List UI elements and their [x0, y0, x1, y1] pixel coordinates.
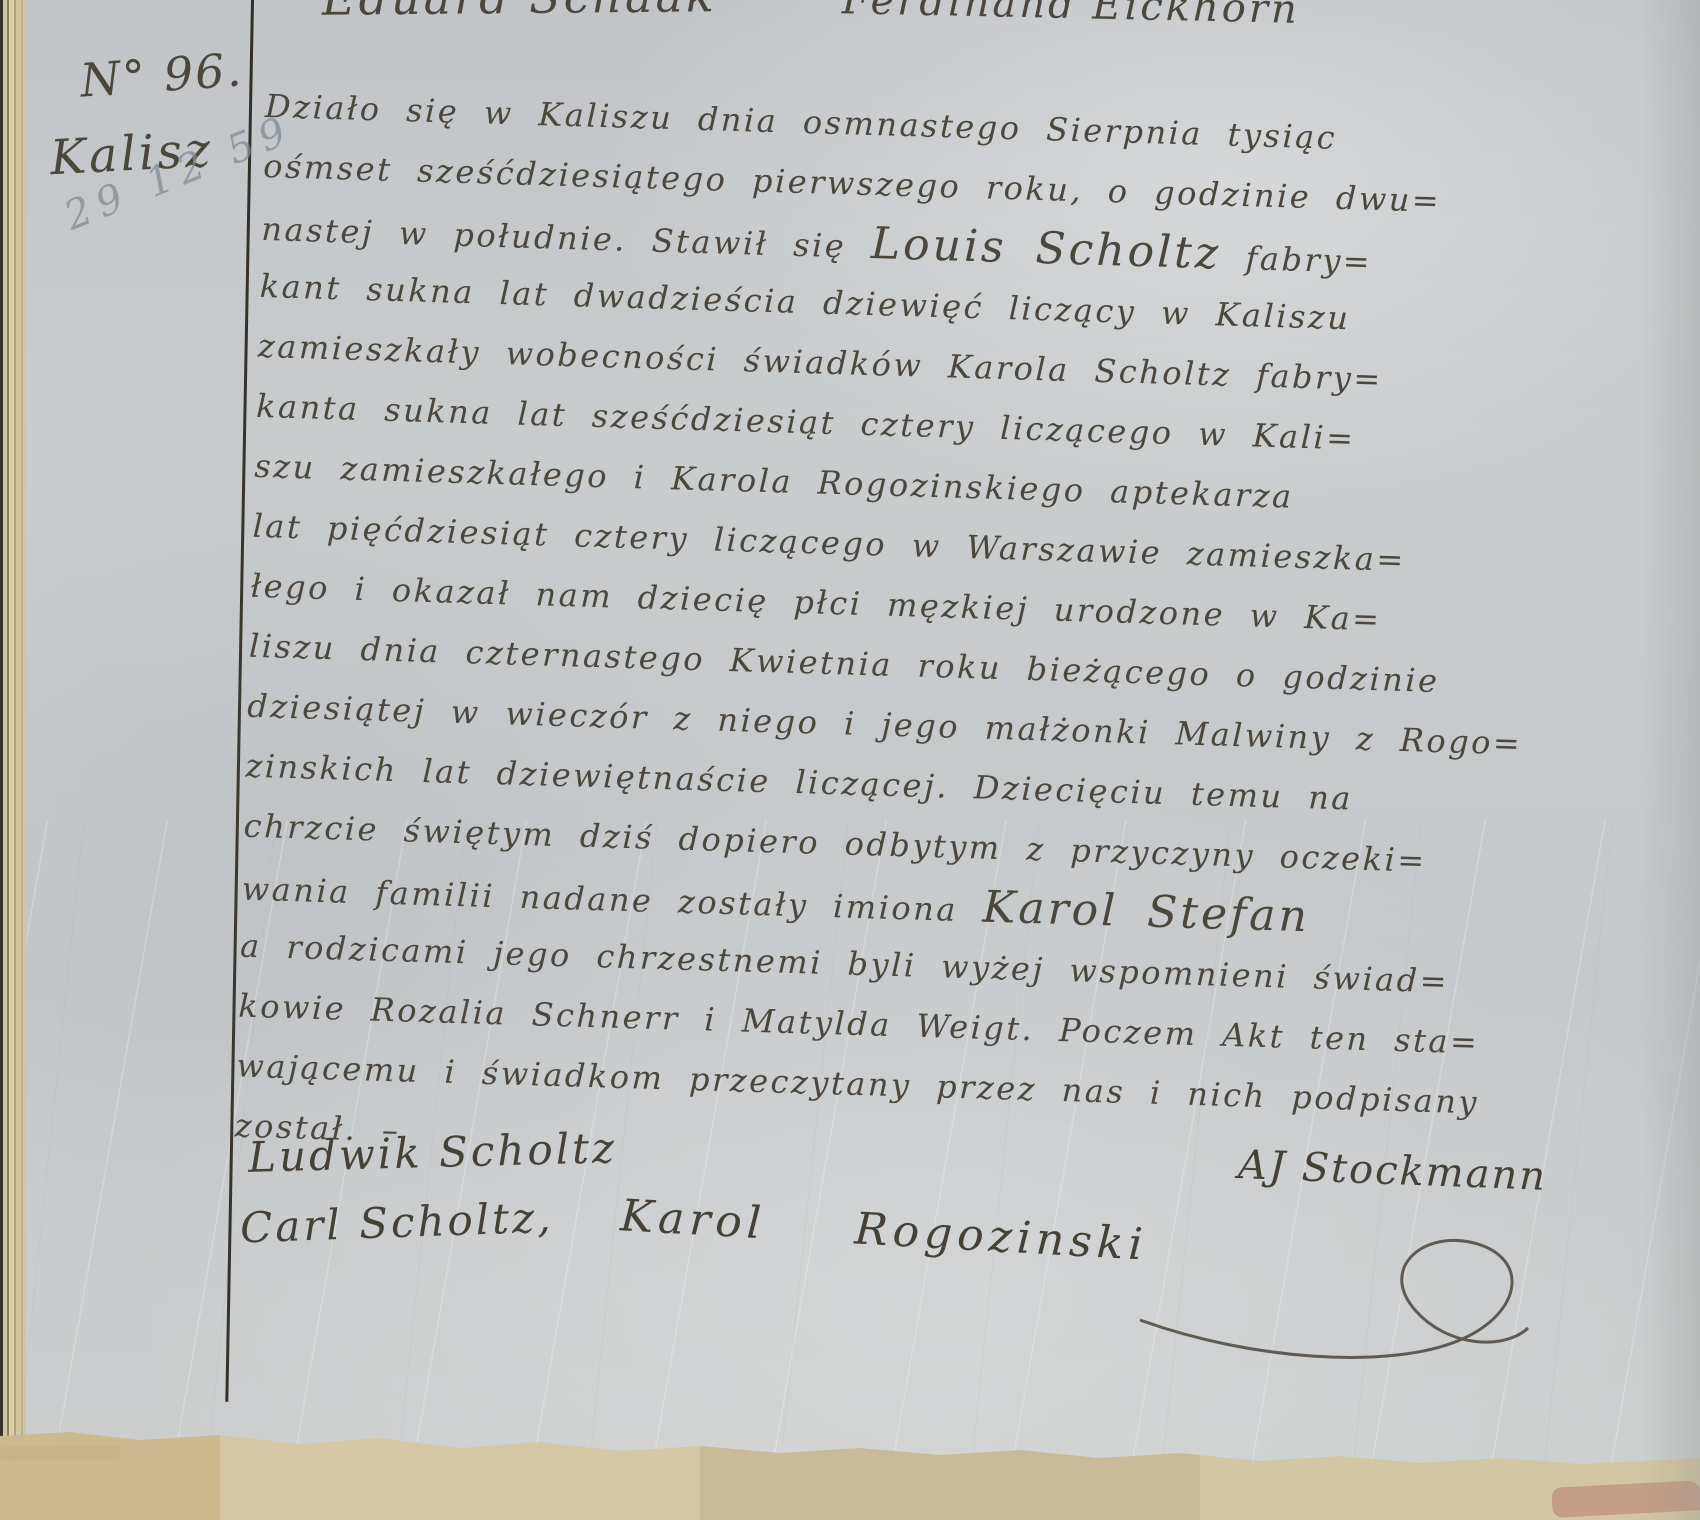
- previous-act-signature-1: Eduard Schaak: [322, 0, 717, 26]
- emphasized-name: Karol Stefan: [982, 882, 1311, 943]
- book-binding-edge: [0, 0, 26, 1520]
- signature-flourish-icon: [1130, 1200, 1530, 1390]
- text-run: fabry=: [1220, 238, 1372, 280]
- emphasized-name: Louis Scholtz: [870, 218, 1222, 279]
- page-edge-shadow: [1640, 0, 1700, 1520]
- record-number: N° 96.: [78, 42, 244, 107]
- tear-debris-left: [0, 1445, 120, 1461]
- body-text: Działo się w Kaliszu dnia osmnastego Sie…: [234, 76, 1595, 1195]
- scanned-register-page: Eduard Schaak Ferdinand Eickhorn N° 96. …: [0, 0, 1700, 1520]
- text-run: nastej w południe. Stawił się: [261, 210, 872, 266]
- signature-ludwik-scholtz: Ludwik Scholtz: [247, 1123, 617, 1182]
